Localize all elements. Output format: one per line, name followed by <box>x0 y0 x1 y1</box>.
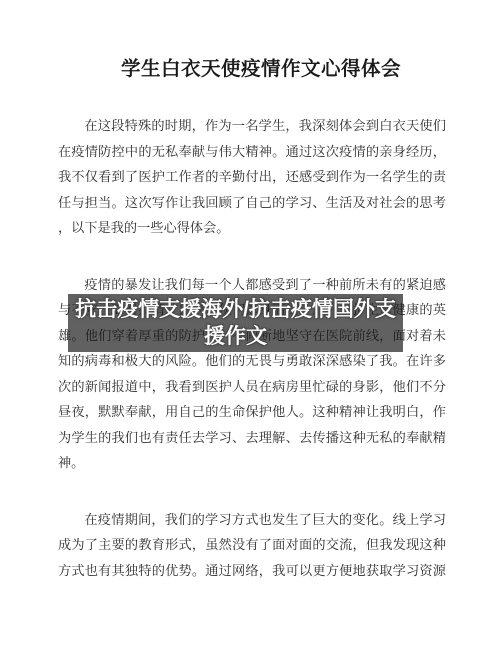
essay-line: 方式也有其独特的优势。通过网络，我可以更方便地获取学习资源 <box>58 558 446 584</box>
essay-paragraph-3: 在疫情期间，我们的学习方式也发生了巨大的变化。线上学习 成为了主要的教育形式，虽… <box>58 507 446 584</box>
page-title: 学生白衣天使疫情作文心得体会 <box>11 56 500 82</box>
essay-line: 次的新闻报道中，我看到医护人员在病房里忙碌的身影，他们不分 <box>58 374 446 400</box>
promo-overlay-banner[interactable]: 抗击疫情支援海外/抗击疫情国外支 援作文 <box>68 294 403 352</box>
essay-line: 成为了主要的教育形式，虽然没有了面对面的交流，但我发现这种 <box>58 532 446 558</box>
essay-line: 神。 <box>58 450 446 476</box>
essay-line: 任与担当。这次写作让我回顾了自己的学习、生活及对社会的思考 <box>58 190 446 216</box>
essay-line: 我不仅看到了医护工作者的辛勤付出，还感受到作为一名学生的责 <box>58 164 446 190</box>
promo-banner-line-1: 抗击疫情支援海外/抗击疫情国外支 <box>75 296 396 323</box>
essay-line: 为学生的我们也有责任去学习、去理解、去传播这种无私的奉献精 <box>58 425 446 451</box>
essay-paragraph-1: 在这段特殊的时期，作为一名学生，我深刻体会到白衣天使们 在疫情防控中的无私奉献与… <box>58 113 446 241</box>
essay-line: 昼夜，默默奉献，用自己的生命保护他人。这种精神让我明白，作 <box>58 399 446 425</box>
essay-line: 在疫情期间，我们的学习方式也发生了巨大的变化。线上学习 <box>58 507 446 533</box>
essay-line: 在这段特殊的时期，作为一名学生，我深刻体会到白衣天使们 <box>58 113 446 139</box>
essay-page: 学生白衣天使疫情作文心得体会 在这段特殊的时期，作为一名学生，我深刻体会到白衣天… <box>0 0 500 647</box>
essay-line: ，以下是我的一些心得体会。 <box>58 215 446 241</box>
promo-banner-line-2: 援作文 <box>204 323 267 350</box>
essay-line: 在疫情防控中的无私奉献与伟大精神。通过这次疫情的亲身经历， <box>58 139 446 165</box>
